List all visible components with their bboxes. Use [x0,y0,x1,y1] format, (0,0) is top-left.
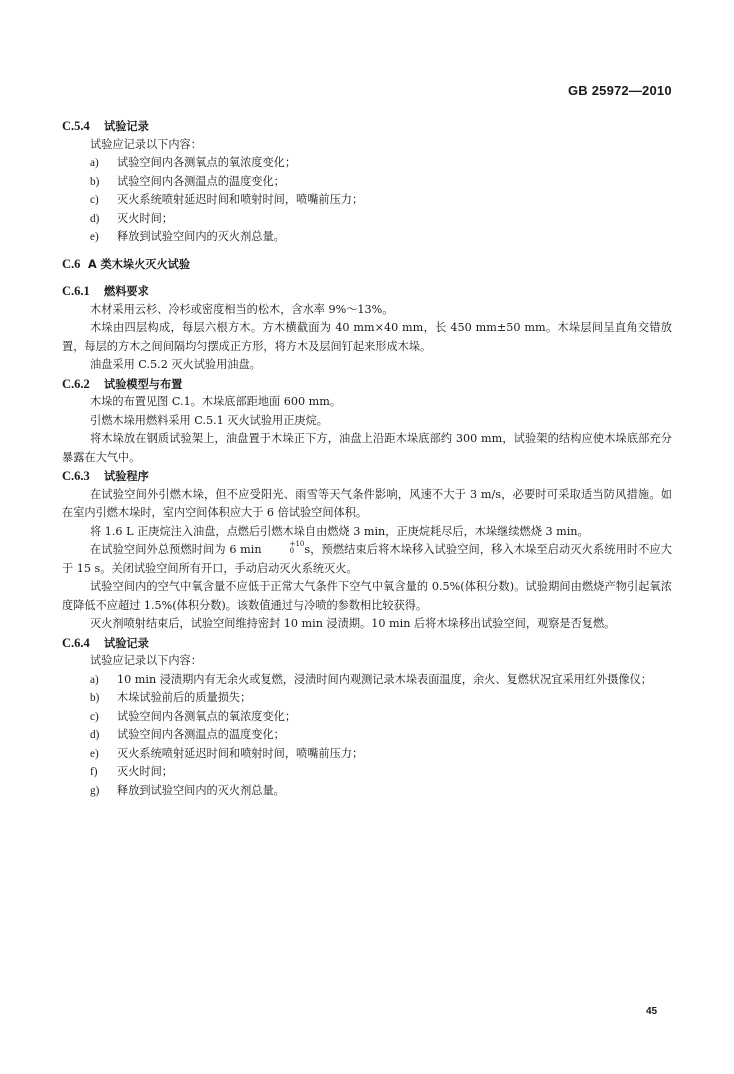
section-title: 试验模型与布置 [104,378,182,391]
preburn-text-before: 在试验空间外总预燃时间为 6 min [90,543,262,556]
list-text: 灭火时间； [117,210,672,229]
list-item: a)试验空间内各测氧点的氧浓度变化； [62,154,672,173]
list-marker: d) [90,210,117,229]
page-body: C.5.4试验记录 试验应记录以下内容： a)试验空间内各测氧点的氧浓度变化； … [62,117,672,800]
list-text: 木垛试验前后的质量损失； [117,689,672,708]
heading-c61: C.6.1燃料要求 [62,282,672,301]
paragraph: 引燃木垛用燃料采用 C.5.1 灭火试验用正庚烷。 [62,412,672,431]
list-text: 试验空间内各测氧点的氧浓度变化； [117,708,672,727]
paragraph: 油盘采用 C.5.2 灭火试验用油盘。 [62,356,672,375]
list-item: a)10 min 浸渍期内有无余火或复燃，浸渍时间内观测记录木垛表面温度，余火、… [62,671,672,690]
list-marker: e) [90,228,117,247]
tolerance: +100 [262,541,305,555]
list-text: 灭火系统喷射延迟时间和喷射时间，喷嘴前压力； [117,745,672,764]
paragraph: 木材采用云杉、冷杉或密度相当的松木，含水率 9%～13%。 [62,301,672,320]
list-marker: a) [90,671,117,690]
list-marker: b) [90,173,117,192]
list-item: f)灭火时间； [62,763,672,782]
list-text: 释放到试验空间内的灭火剂总量。 [117,782,672,801]
list-item: b)木垛试验前后的质量损失； [62,689,672,708]
section-title: 燃料要求 [104,285,149,298]
paragraph: 将 1.6 L 正庚烷注入油盘，点燃后引燃木垛自由燃烧 3 min，正庚烷耗尽后… [62,523,672,542]
list-marker: g) [90,782,117,801]
section-number: C.6.4 [62,634,104,653]
section-number: C.6 [62,255,88,274]
tolerance-lower: 0 [262,548,305,555]
paragraph: 木垛的布置见图 C.1。木垛底部距地面 600 mm。 [62,393,672,412]
paragraph: 试验应记录以下内容： [62,136,672,155]
list-item: d)灭火时间； [62,210,672,229]
heading-c64: C.6.4试验记录 [62,634,672,653]
list-marker: a) [90,154,117,173]
list-item: e)释放到试验空间内的灭火剂总量。 [62,228,672,247]
heading-c54: C.5.4试验记录 [62,117,672,136]
list-text: 试验空间内各测温点的温度变化； [117,726,672,745]
section-title: 试验记录 [104,120,149,133]
list-marker: f) [90,763,117,782]
paragraph: 在试验空间外引燃木垛，但不应受阳光、雨雪等天气条件影响，风速不大于 3 m/s，… [62,486,672,523]
paragraph: 试验应记录以下内容： [62,652,672,671]
section-title: 试验程序 [104,470,149,483]
list-item: d)试验空间内各测温点的温度变化； [62,726,672,745]
paragraph: 灭火剂喷射结束后，试验空间维持密封 10 min 浸渍期。10 min 后将木垛… [62,615,672,634]
list-text: 灭火时间； [117,763,672,782]
section-number: C.5.4 [62,117,104,136]
list-item: c)灭火系统喷射延迟时间和喷射时间，喷嘴前压力； [62,191,672,210]
list-text: 10 min 浸渍期内有无余火或复燃，浸渍时间内观测记录木垛表面温度，余火、复燃… [117,671,672,690]
paragraph: 试验空间内的空气中氧含量不应低于正常大气条件下空气中氧含量的 0.5%(体积分数… [62,578,672,615]
heading-c6: C.6A 类木垛火灭火试验 [62,255,672,274]
list-text: 释放到试验空间内的灭火剂总量。 [117,228,672,247]
list-marker: c) [90,191,117,210]
section-title: A 类木垛火灭火试验 [88,258,190,271]
list-marker: e) [90,745,117,764]
heading-c63: C.6.3试验程序 [62,467,672,486]
section-title: 试验记录 [104,637,149,650]
standard-code: GB 25972—2010 [568,83,672,98]
page-number: 45 [646,1006,657,1017]
section-number: C.6.3 [62,467,104,486]
tolerance-upper: +10 [262,541,305,548]
list-text: 试验空间内各测氧点的氧浓度变化； [117,154,672,173]
list-item: g)释放到试验空间内的灭火剂总量。 [62,782,672,801]
section-number: C.6.2 [62,375,104,394]
list-marker: c) [90,708,117,727]
list-item: c)试验空间内各测氧点的氧浓度变化； [62,708,672,727]
paragraph: 将木垛放在钢质试验架上，油盘置于木垛正下方，油盘上沿距木垛底部约 300 mm，… [62,430,672,467]
list-item: e)灭火系统喷射延迟时间和喷射时间，喷嘴前压力； [62,745,672,764]
list-item: b)试验空间内各测温点的温度变化； [62,173,672,192]
heading-c62: C.6.2试验模型与布置 [62,375,672,394]
paragraph: 木垛由四层构成，每层六根方木。方木横截面为 40 mm×40 mm，长 450 … [62,319,672,356]
list-marker: b) [90,689,117,708]
list-text: 试验空间内各测温点的温度变化； [117,173,672,192]
list-text: 灭火系统喷射延迟时间和喷射时间，喷嘴前压力； [117,191,672,210]
paragraph-preburn: 在试验空间外总预燃时间为 6 min+100s，预燃结束后将木垛移入试验空间，移… [62,541,672,578]
list-marker: d) [90,726,117,745]
section-number: C.6.1 [62,282,104,301]
